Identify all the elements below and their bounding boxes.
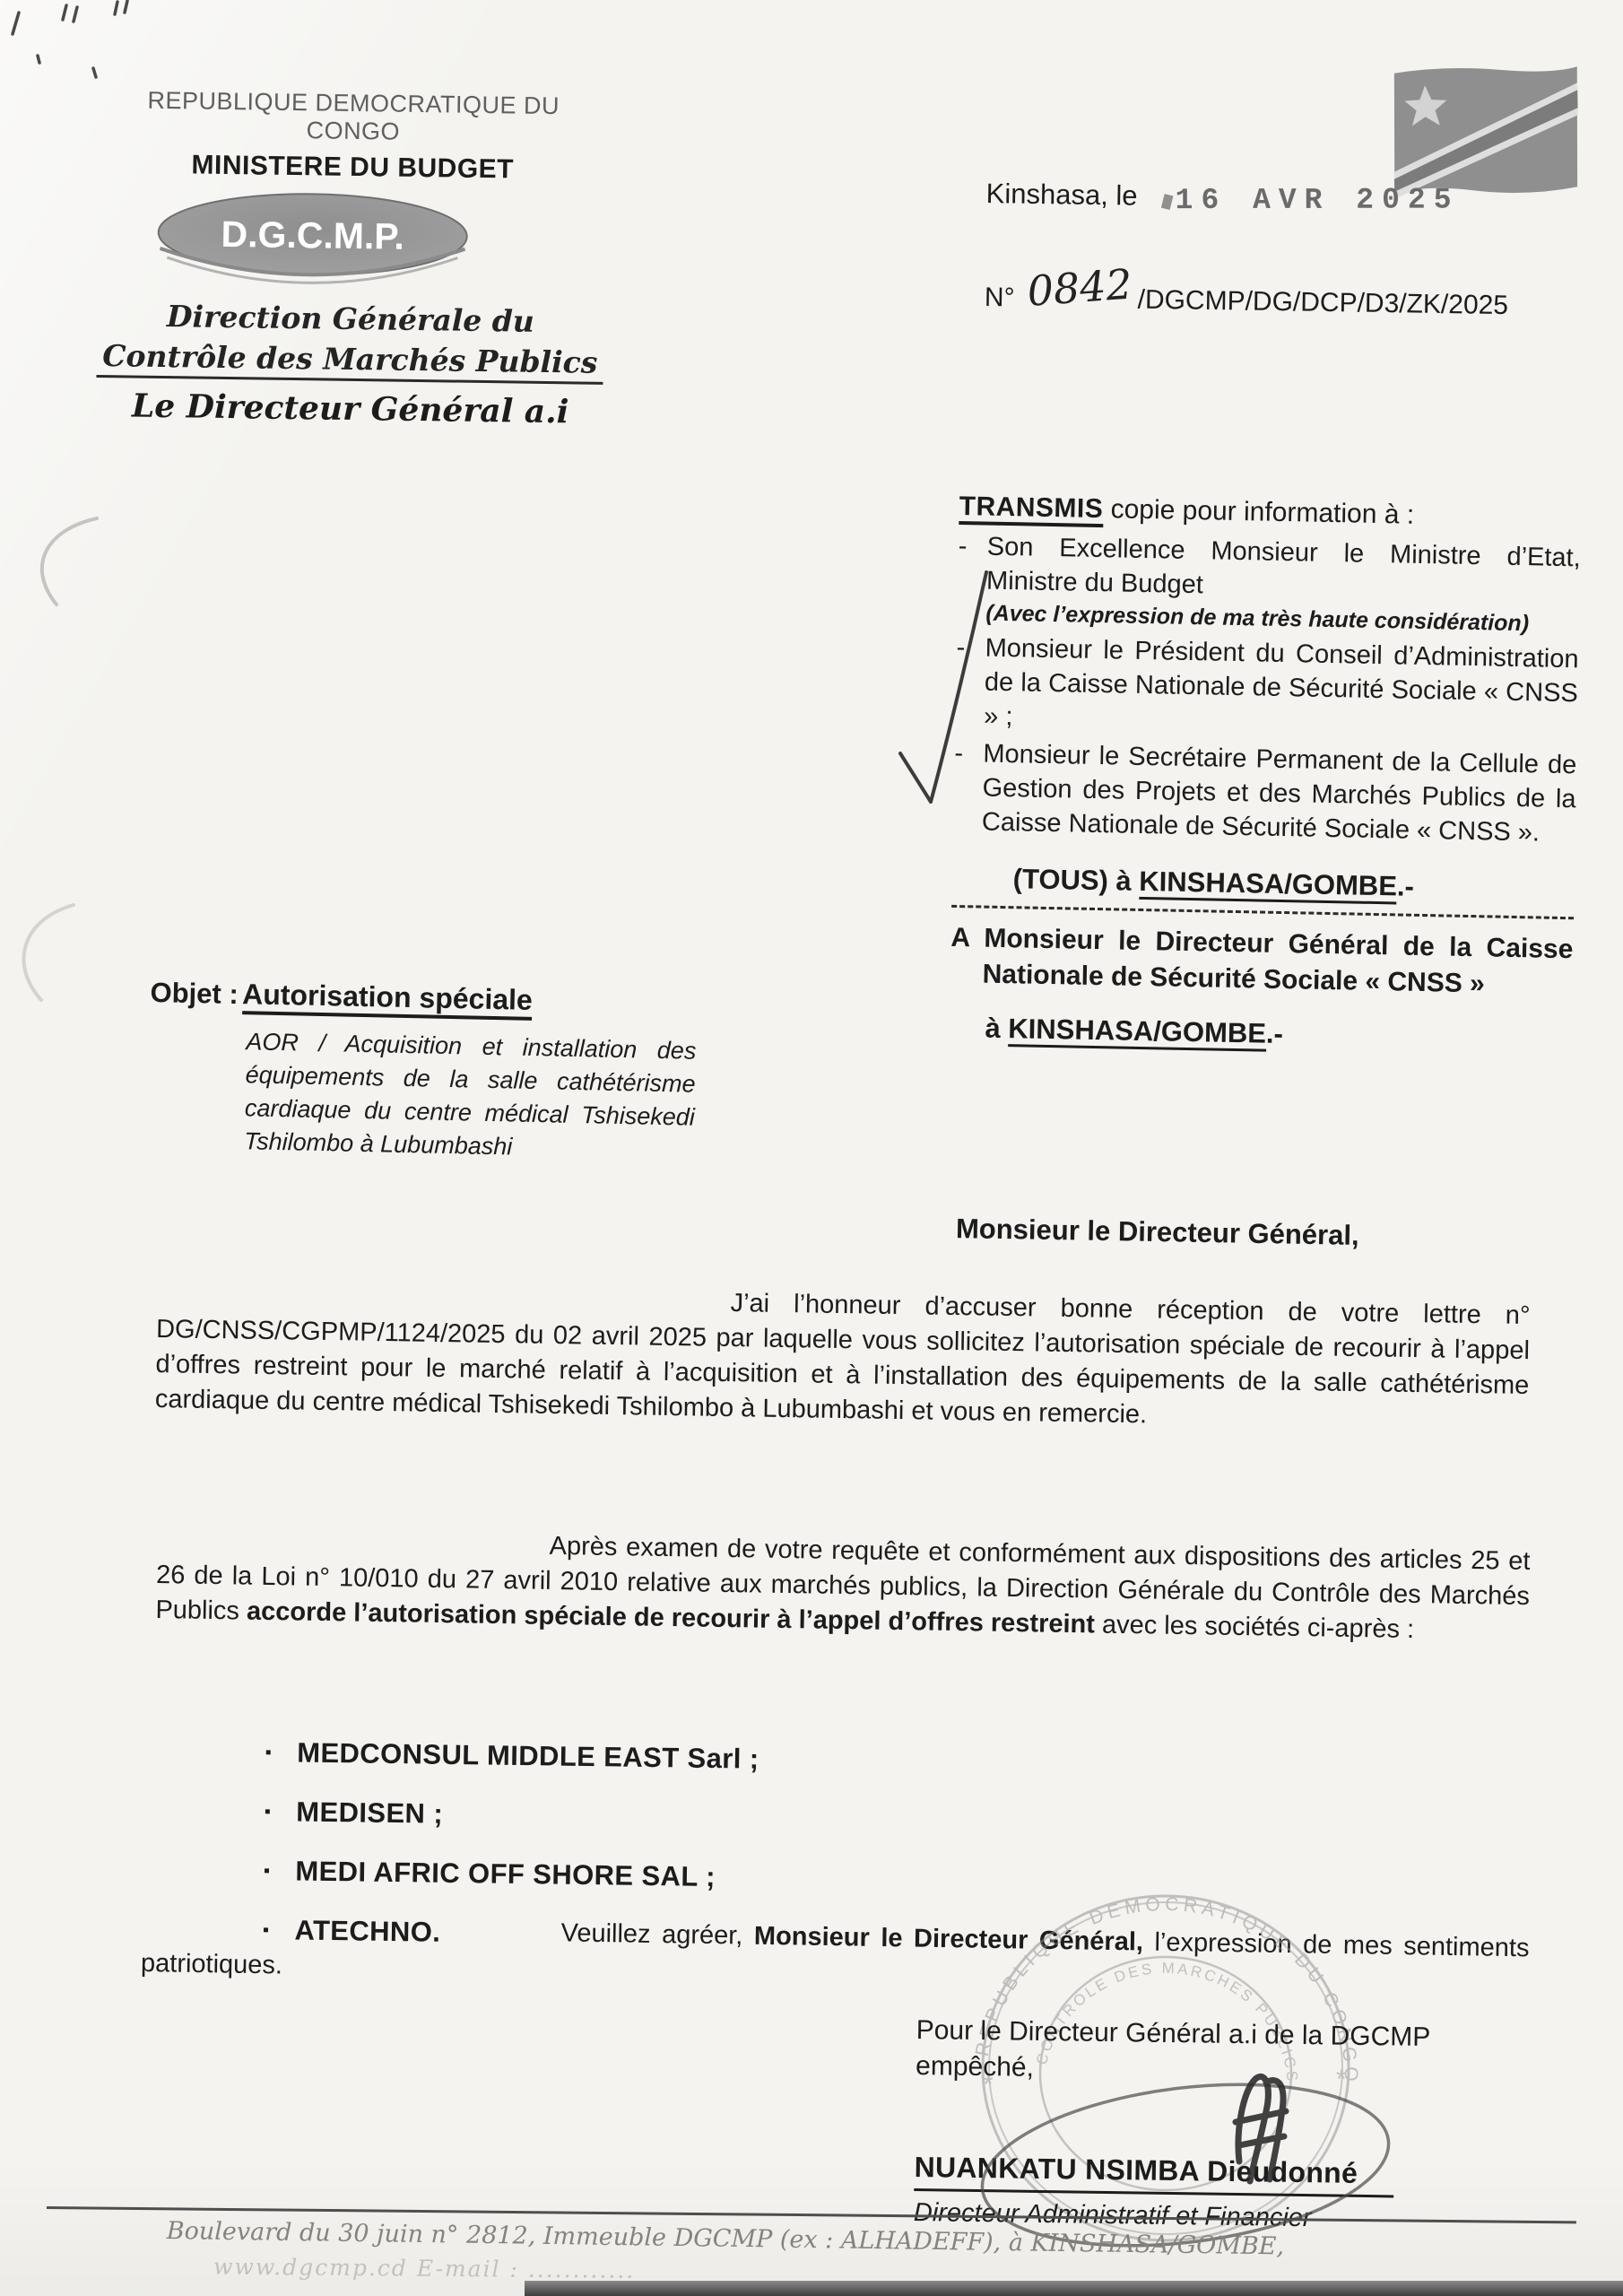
- transmis-item-text: Monsieur le Secrétaire Permanent de la C…: [982, 737, 1577, 851]
- transmis-item: - Monsieur le Président du Conseil d’Adm…: [955, 631, 1579, 744]
- pen-checkmark: [886, 563, 1020, 832]
- tous-city: KINSHASA/GOMBE: [1139, 865, 1397, 905]
- country-name: REPUBLIQUE DEMOCRATIQUE DU CONGO: [100, 86, 607, 149]
- tous-prefix: (TOUS) à: [1012, 863, 1139, 897]
- scan-curl-artifact: [0, 892, 99, 1018]
- drc-flag-icon: [1391, 63, 1584, 199]
- handwritten-number: 0842: [1025, 260, 1133, 316]
- dashed-separator: [951, 905, 1574, 919]
- company-name: MEDCONSUL MIDDLE EAST Sarl ;: [297, 1736, 759, 1775]
- date-number-block: Kinshasa, le16 AVR 2025 N°0842/DGCMP/DG/…: [985, 178, 1596, 326]
- salutation: Monsieur le Directeur Général,: [956, 1213, 1359, 1252]
- transmis-item-text: Son Excellence Monsieur le Ministre d’Et…: [986, 533, 1581, 600]
- p2-bold: accorde l’autorisation spéciale de recou…: [247, 1597, 1095, 1639]
- square-bullet: ▪: [264, 1861, 271, 1882]
- dgcmp-logo: D.G.C.M.P.: [147, 189, 479, 298]
- tous-line: (TOUS) à KINSHASA/GOMBE.-: [1012, 863, 1575, 906]
- body-paragraph-1: J’ai l’honneur d’accuser bonne réception…: [155, 1277, 1531, 1439]
- transmis-title-rest: copie pour information à :: [1103, 494, 1414, 530]
- company-name: MEDI AFRIC OFF SHORE SAL ;: [295, 1855, 716, 1893]
- date-stamp: 16 AVR 2025: [1176, 184, 1460, 218]
- list-item: ▪ MEDCONSUL MIDDLE EAST Sarl ;: [265, 1736, 1116, 1780]
- addressee-line: A Monsieur le Directeur Général de la Ca…: [950, 920, 1573, 1004]
- transmis-item-text: Monsieur le Président du Conseil d’Admin…: [984, 631, 1579, 745]
- number-suffix: /DGCMP/DG/DCP/D3/ZK/2025: [1137, 285, 1508, 320]
- addressee-city-suffix: .-: [1266, 1018, 1284, 1049]
- ministry-name: MINISTERE DU BUDGET: [100, 149, 606, 187]
- addressee-city-prefix: à: [985, 1013, 1009, 1044]
- number-label: N°: [985, 283, 1015, 313]
- addressee-city: à KINSHASA/GOMBE.-: [985, 1013, 1572, 1057]
- objet-description: AOR / Acquisition et installation des éq…: [244, 1025, 697, 1167]
- place-label: Kinshasa, le: [985, 178, 1137, 212]
- transmis-block: TRANSMIS copie pour information à : - So…: [949, 491, 1582, 1056]
- scanned-letter-page: REPUBLIQUE DEMOCRATIQUE DU CONGO MINISTE…: [0, 0, 1623, 2296]
- direction-script-line2: Contrôle des Marchés Publics: [97, 338, 603, 385]
- list-item: ▪ MEDISEN ;: [265, 1796, 1116, 1839]
- scanner-edge-bar: [525, 2281, 1623, 2296]
- transmis-item: - Son Excellence Monsieur le Ministre d’…: [957, 529, 1581, 639]
- transmis-title: TRANSMIS: [959, 491, 1103, 527]
- p2-regular-tail: avec les sociétés ci-après :: [1095, 1610, 1415, 1644]
- objet-block: Objet : Autorisation spéciale AOR / Acqu…: [147, 976, 698, 1168]
- dgcmp-acronym: D.G.C.M.P.: [221, 213, 404, 257]
- body-paragraph-2: Après examen de votre requête et conform…: [155, 1523, 1531, 1649]
- square-bullet: ▪: [265, 1743, 273, 1763]
- company-name: MEDISEN ;: [296, 1796, 443, 1830]
- objet-label: Objet :: [150, 977, 239, 1010]
- addressee-city-name: KINSHASA/GOMBE: [1008, 1013, 1266, 1052]
- scan-curl-artifact: [7, 500, 115, 626]
- objet-title: Autorisation spéciale: [242, 978, 533, 1021]
- transmis-item: - Monsieur le Secrétaire Permanent de la…: [953, 736, 1577, 850]
- letterhead: REPUBLIQUE DEMOCRATIQUE DU CONGO MINISTE…: [96, 86, 607, 431]
- signatory-title: Le Directeur Général a.i: [96, 387, 603, 431]
- tous-suffix: .-: [1397, 870, 1415, 901]
- square-bullet: ▪: [265, 1802, 272, 1822]
- closing-regular: Veuillez agréer,: [560, 1918, 754, 1950]
